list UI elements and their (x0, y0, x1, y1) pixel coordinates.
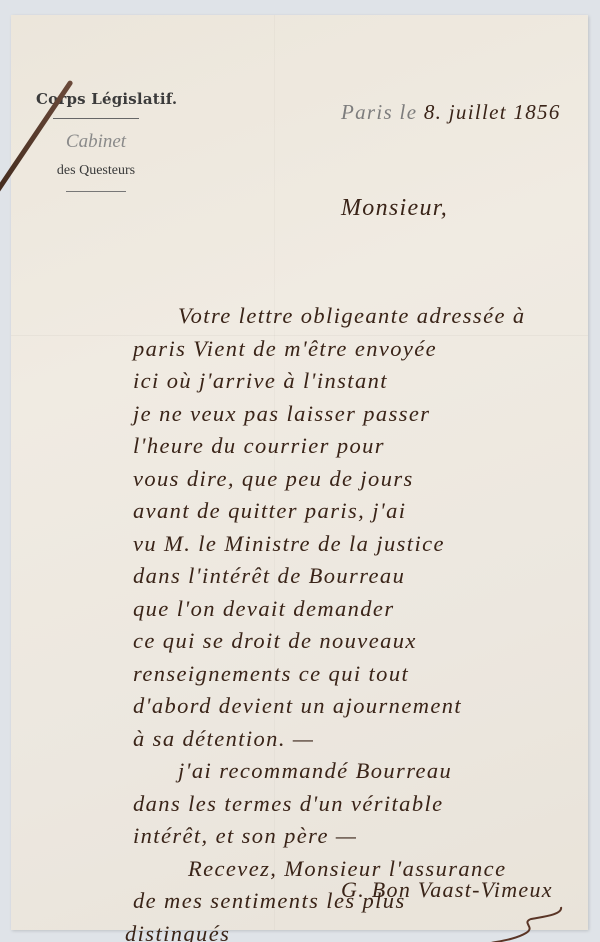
body-line: dans l'intérêt de Bourreau (133, 560, 593, 593)
dateline-printed: Paris le (341, 100, 417, 124)
dateline-handwritten: 8. juillet 1856 (424, 100, 561, 124)
body-line: je ne veux pas laisser passer (133, 398, 593, 431)
letterhead-questeurs: des Questeurs (36, 163, 156, 179)
letterhead-rule (53, 118, 139, 119)
letterhead-cabinet: Cabinet (36, 131, 156, 153)
body-line: dans les termes d'un véritable (133, 788, 593, 821)
body-line: j'ai recommandé Bourreau (133, 755, 593, 788)
dateline: Paris le 8. juillet 1856 (341, 100, 561, 125)
body-line: vu M. le Ministre de la justice (133, 528, 593, 561)
body-line: que l'on devait demander (133, 593, 593, 626)
body-line: ce qui se droit de nouveaux (133, 625, 593, 658)
letter-body: Votre lettre obligeante adressée à paris… (133, 300, 593, 942)
body-line: vous dire, que peu de jours (133, 463, 593, 496)
body-line: intérêt, et son père — (133, 820, 593, 853)
body-line: Votre lettre obligeante adressée à (133, 300, 593, 333)
body-line: l'heure du courrier pour (133, 430, 593, 463)
signature: G. Bon Vaast-Vimeux (341, 877, 553, 903)
letterhead-rule-bottom (66, 191, 126, 192)
letter-paper: Corps Législatif. Cabinet des Questeurs … (11, 15, 588, 930)
salutation: Monsieur, (341, 195, 448, 222)
body-line: renseignements ce qui tout (133, 658, 593, 691)
body-line: avant de quitter paris, j'ai (133, 495, 593, 528)
body-line: d'abord devient un ajournement (133, 690, 593, 723)
body-line: paris Vient de m'être envoyée (133, 333, 593, 366)
signature-flourish-icon (491, 905, 571, 942)
body-line: ici où j'arrive à l'instant (133, 365, 593, 398)
body-line: à sa détention. — (133, 723, 593, 756)
